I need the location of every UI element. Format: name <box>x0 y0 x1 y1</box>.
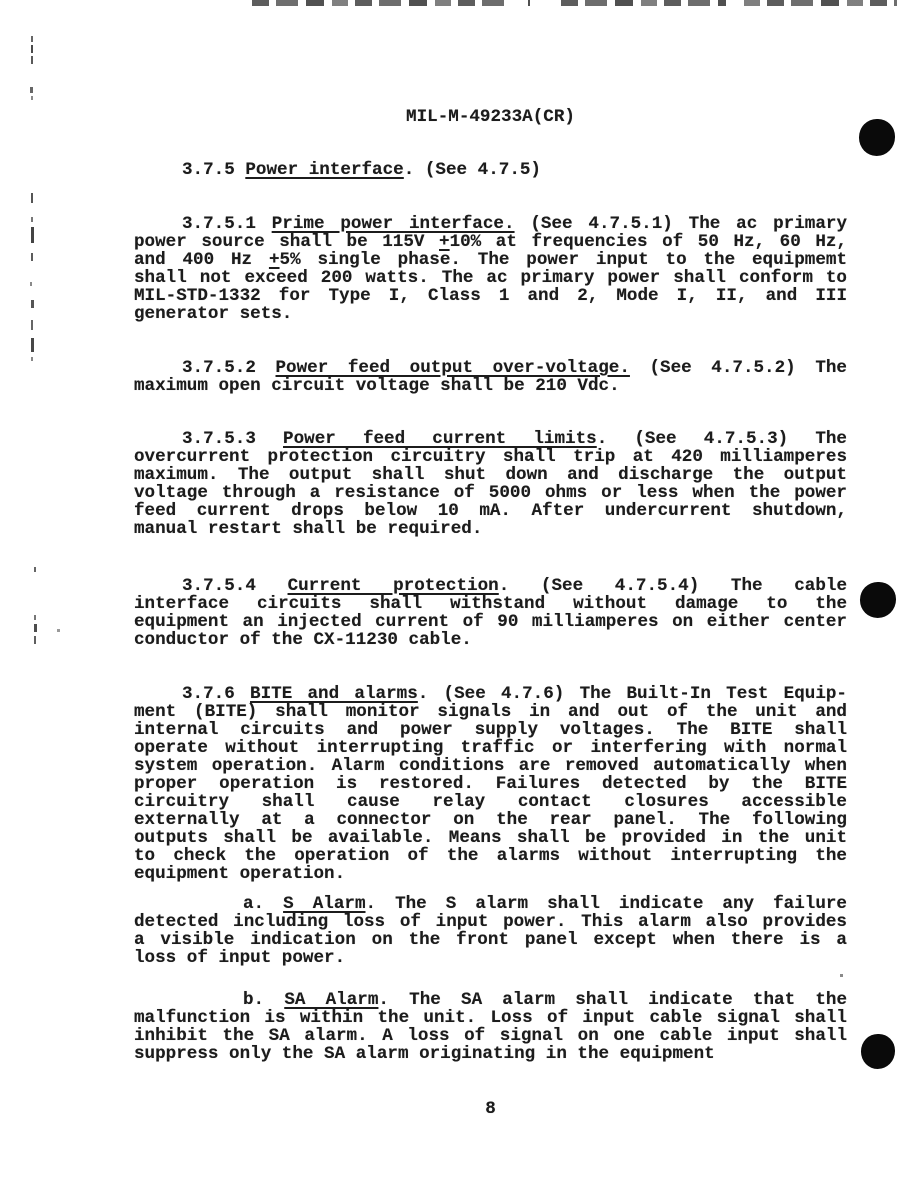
scan-artifact <box>31 253 33 261</box>
text-segment: (See 4.7.5.1) The ac primary <box>515 214 847 234</box>
text-line: externally at a connector on the rear pa… <box>134 811 847 829</box>
text-line: 3.7.5 Power interface. (See 4.7.5) <box>134 161 847 179</box>
text-segment: proper operation is restored. Failures d… <box>134 774 847 794</box>
text-line: proper operation is restored. Failures d… <box>134 775 847 793</box>
text-line: voltage through a resistance of 5000 ohm… <box>134 484 847 502</box>
text-segment: equipment an injected current of 90 mill… <box>134 612 847 632</box>
paragraph-sec-3-7-5-1: 3.7.5.1 Prime power interface. (See 4.7.… <box>134 215 847 323</box>
text-segment: . (See 4.7.5.4) The cable <box>499 576 847 596</box>
text-segment: externally at a connector on the rear pa… <box>134 810 847 830</box>
text-segment: maximum. The output shall shut down and … <box>134 465 847 485</box>
underlined-text: SA Alarm <box>284 990 378 1010</box>
text-segment: operate without interrupting traffic or … <box>134 738 847 758</box>
text-line: outputs shall be available. Means shall … <box>134 829 847 847</box>
text-segment: 3.7.5 <box>182 160 245 180</box>
paragraph-item-b: b. SA Alarm. The SA alarm shall indicate… <box>134 991 847 1063</box>
paragraph-sec-3-7-6: 3.7.6 BITE and alarms. (See 4.7.6) The B… <box>134 685 847 883</box>
text-segment: manual restart shall be required. <box>134 519 482 539</box>
paragraph-sec-3-7-5: 3.7.5 Power interface. (See 4.7.5) <box>134 161 847 179</box>
scan-artifact <box>31 338 34 352</box>
text-line: a. S Alarm. The S alarm shall indicate a… <box>134 895 847 913</box>
scan-artifact <box>31 45 33 53</box>
text-line: interface circuits shall withstand witho… <box>134 595 847 613</box>
scan-artifact <box>31 56 33 64</box>
scan-artifact <box>31 96 33 100</box>
scan-artifact <box>34 624 37 632</box>
text-line: 3.7.6 BITE and alarms. (See 4.7.6) The B… <box>134 685 847 703</box>
text-line: b. SA Alarm. The SA alarm shall indicate… <box>134 991 847 1009</box>
text-line: MIL-STD-1332 for Type I, Class 1 and 2, … <box>134 287 847 305</box>
text-line: power source shall be 115V +10% at frequ… <box>134 233 847 251</box>
text-segment: (See 4.7.5.2) The <box>630 358 847 378</box>
text-segment: 3.7.6 <box>182 684 250 704</box>
text-segment: system operation. Alarm conditions are r… <box>134 756 847 776</box>
text-segment: inhibit the SA alarm. A loss of signal o… <box>134 1026 847 1046</box>
scan-artifact <box>30 87 33 93</box>
text-segment: 3.7.5.4 <box>182 576 288 596</box>
text-segment: loss of input power. <box>134 948 345 968</box>
plus-minus-sign: + <box>439 232 450 252</box>
underlined-text: Prime power interface. <box>272 214 515 234</box>
text-line: 3.7.5.4 Current protection. (See 4.7.5.4… <box>134 577 847 595</box>
text-segment: a. <box>243 894 283 914</box>
text-segment: equipment operation. <box>134 864 345 884</box>
text-line: suppress only the SA alarm originating i… <box>134 1045 847 1063</box>
text-segment: . (See 4.7.5) <box>404 160 541 180</box>
text-line: maximum. The output shall shut down and … <box>134 466 847 484</box>
text-line: internal circuits and power supply volta… <box>134 721 847 739</box>
underlined-text: Power interface <box>245 160 403 180</box>
underlined-text: S Alarm <box>283 894 365 914</box>
underlined-text: Power feed output over-voltage. <box>276 358 630 378</box>
document-id-header: MIL-M-49233A(CR) <box>134 108 847 126</box>
underlined-text: BITE and alarms <box>250 684 418 704</box>
text-segment: and 400 Hz <box>134 250 269 270</box>
scan-artifact <box>34 615 36 620</box>
scan-artifact <box>57 629 60 632</box>
text-line: detected including loss of input power. … <box>134 913 847 931</box>
page-number: 8 <box>134 1100 847 1118</box>
text-line: 3.7.5.1 Prime power interface. (See 4.7.… <box>134 215 847 233</box>
text-segment: shall not exceed 200 watts. The ac prima… <box>134 268 847 288</box>
text-line: inhibit the SA alarm. A loss of signal o… <box>134 1027 847 1045</box>
text-line: operate without interrupting traffic or … <box>134 739 847 757</box>
text-line: feed current drops below 10 mA. After un… <box>134 502 847 520</box>
text-segment: outputs shall be available. Means shall … <box>134 828 847 848</box>
text-line: ment (BITE) shall monitor signals in and… <box>134 703 847 721</box>
text-segment: . The SA alarm shall indicate that the <box>378 990 847 1010</box>
text-line: maximum open circuit voltage shall be 21… <box>134 377 847 395</box>
scan-artifact <box>31 193 33 203</box>
scan-artifact <box>31 217 33 222</box>
text-segment: MIL-STD-1332 for Type I, Class 1 and 2, … <box>134 286 847 306</box>
text-line: malfunction is within the unit. Loss of … <box>134 1009 847 1027</box>
text-line: system operation. Alarm conditions are r… <box>134 757 847 775</box>
scan-artifact <box>31 300 34 308</box>
text-line: loss of input power. <box>134 949 847 967</box>
scan-artifact <box>30 282 32 286</box>
scan-artifact <box>34 636 36 644</box>
underlined-text: Power feed current limits <box>283 429 597 449</box>
text-line: shall not exceed 200 watts. The ac prima… <box>134 269 847 287</box>
paragraph-sec-3-7-5-3: 3.7.5.3 Power feed current limits. (See … <box>134 430 847 538</box>
binder-hole-mark <box>860 582 896 618</box>
text-segment: interface circuits shall withstand witho… <box>134 594 847 614</box>
plus-minus-sign: + <box>269 250 280 270</box>
text-segment: internal circuits and power supply volta… <box>134 720 847 740</box>
text-segment: b. <box>243 990 284 1010</box>
text-segment: circuitry shall cause relay contact clos… <box>134 792 847 812</box>
scanned-document-page: { "colors": { "ink": "#1c1c1c", "paper":… <box>0 0 897 1180</box>
text-line: a visible indication on the front panel … <box>134 931 847 949</box>
text-segment: feed current drops below 10 mA. After un… <box>134 501 847 521</box>
paragraph-sec-3-7-5-4: 3.7.5.4 Current protection. (See 4.7.5.4… <box>134 577 847 649</box>
text-segment: malfunction is within the unit. Loss of … <box>134 1008 847 1028</box>
scan-artifact <box>31 36 33 42</box>
text-line: to check the operation of the alarms wit… <box>134 847 847 865</box>
text-segment: ment (BITE) shall monitor signals in and… <box>134 702 847 722</box>
scan-artifact <box>34 567 36 572</box>
text-line: and 400 Hz +5% single phase. The power i… <box>134 251 847 269</box>
text-line: overcurrent protection circuitry shall t… <box>134 448 847 466</box>
text-segment: 5% single phase. The power input to the … <box>280 250 848 270</box>
paragraph-sec-3-7-5-2: 3.7.5.2 Power feed output over-voltage. … <box>134 359 847 395</box>
text-line: circuitry shall cause relay contact clos… <box>134 793 847 811</box>
scan-artifact <box>31 320 33 330</box>
text-segment: a visible indication on the front panel … <box>134 930 847 950</box>
text-segment: overcurrent protection circuitry shall t… <box>134 447 847 467</box>
text-segment: 10% at frequencies of 50 Hz, 60 Hz, <box>450 232 847 252</box>
underlined-text: Current protection <box>288 576 499 596</box>
text-segment: voltage through a resistance of 5000 ohm… <box>134 483 847 503</box>
document-text-block: MIL-M-49233A(CR) 3.7.5 Power interface. … <box>134 0 847 1180</box>
text-segment: . (See 4.7.6) The Built-In Test Equip- <box>418 684 847 704</box>
text-segment: power source shall be 115V <box>134 232 439 252</box>
text-line: equipment operation. <box>134 865 847 883</box>
text-segment: 3.7.5.3 <box>182 429 283 449</box>
text-line: 3.7.5.2 Power feed output over-voltage. … <box>134 359 847 377</box>
text-line: 3.7.5.3 Power feed current limits. (See … <box>134 430 847 448</box>
text-line: conductor of the CX-11230 cable. <box>134 631 847 649</box>
text-line: equipment an injected current of 90 mill… <box>134 613 847 631</box>
page-background: MIL-M-49233A(CR) 3.7.5 Power interface. … <box>0 0 897 1180</box>
text-segment: . The S alarm shall indicate any failure <box>366 894 848 914</box>
text-segment: suppress only the SA alarm originating i… <box>134 1044 715 1064</box>
text-segment: generator sets. <box>134 304 292 324</box>
text-segment: maximum open circuit voltage shall be 21… <box>134 376 620 396</box>
scan-artifact <box>31 357 33 361</box>
text-segment: . (See 4.7.5.3) The <box>597 429 847 449</box>
text-segment: 3.7.5.1 <box>182 214 272 234</box>
binder-hole-mark <box>861 1034 895 1069</box>
text-segment: conductor of the CX-11230 cable. <box>134 630 472 650</box>
scan-artifact <box>31 227 34 243</box>
text-line: generator sets. <box>134 305 847 323</box>
paragraph-item-a: a. S Alarm. The S alarm shall indicate a… <box>134 895 847 967</box>
text-segment: 3.7.5.2 <box>182 358 276 378</box>
text-segment: detected including loss of input power. … <box>134 912 847 932</box>
text-segment: to check the operation of the alarms wit… <box>134 846 847 866</box>
binder-hole-mark <box>859 119 895 156</box>
text-line: manual restart shall be required. <box>134 520 847 538</box>
